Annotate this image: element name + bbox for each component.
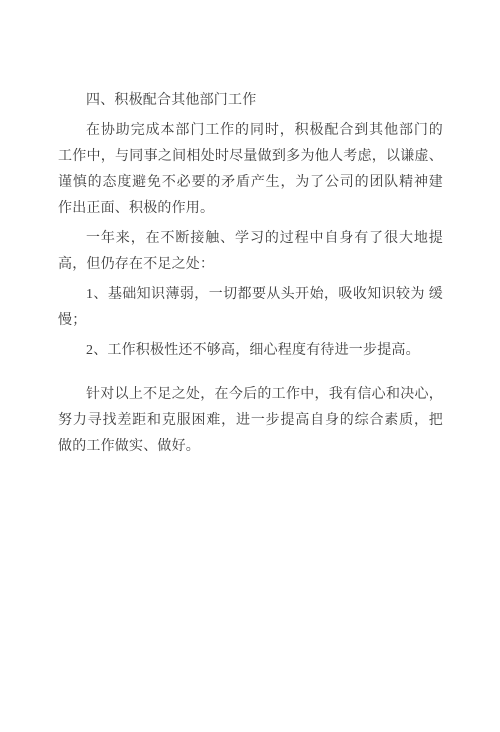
list-item-1: 1、基础知识薄弱，一切都要从头开始，吸收知识较为 缓 慢；	[58, 282, 443, 334]
text-line: 工作中，与同事之间相处时尽量做到多为他人考虑，以谦虚、	[58, 144, 443, 170]
text-line: 努力寻找差距和克服困难，进一步提高自身的综合素质，把 该	[58, 408, 443, 434]
paragraph-shortcomings-intro: 一年来，在不断接触、学习的过程中自身有了很大地提 高，但仍存在不足之处：	[58, 226, 443, 278]
text-line: 做的工作做实、做好。	[58, 434, 443, 460]
text-line: 2、工作积极性还不够高，细心程度有待进一步提高。	[58, 338, 443, 364]
list-item-2: 2、工作积极性还不够高，细心程度有待进一步提高。	[58, 338, 443, 364]
text-line: 一年来，在不断接触、学习的过程中自身有了很大地提	[58, 226, 443, 252]
text-line: 在协助完成本部门工作的同时，积极配合到其他部门的	[58, 118, 443, 144]
text-line: 慢；	[58, 308, 443, 334]
paragraph-cooperation: 在协助完成本部门工作的同时，积极配合到其他部门的 工作中，与同事之间相处时尽量做…	[58, 118, 443, 222]
text-line: 高，但仍存在不足之处：	[58, 252, 443, 278]
text-line: 作出正面、积极的作用。	[58, 196, 443, 222]
section-heading: 四、积极配合其他部门工作	[58, 88, 443, 114]
text-line: 针对以上不足之处，在今后的工作中，我有信心和决心，	[58, 382, 443, 408]
text-line: 1、基础知识薄弱，一切都要从头开始，吸收知识较为 缓	[58, 282, 443, 308]
document-page: 四、积极配合其他部门工作 在协助完成本部门工作的同时，积极配合到其他部门的 工作…	[0, 0, 500, 732]
heading-line: 四、积极配合其他部门工作	[58, 88, 443, 114]
text-line: 谨慎的态度避免不必要的矛盾产生，为了公司的团队精神建 设	[58, 170, 443, 196]
paragraph-resolution: 针对以上不足之处，在今后的工作中，我有信心和决心， 努力寻找差距和克服困难，进一…	[58, 382, 443, 460]
